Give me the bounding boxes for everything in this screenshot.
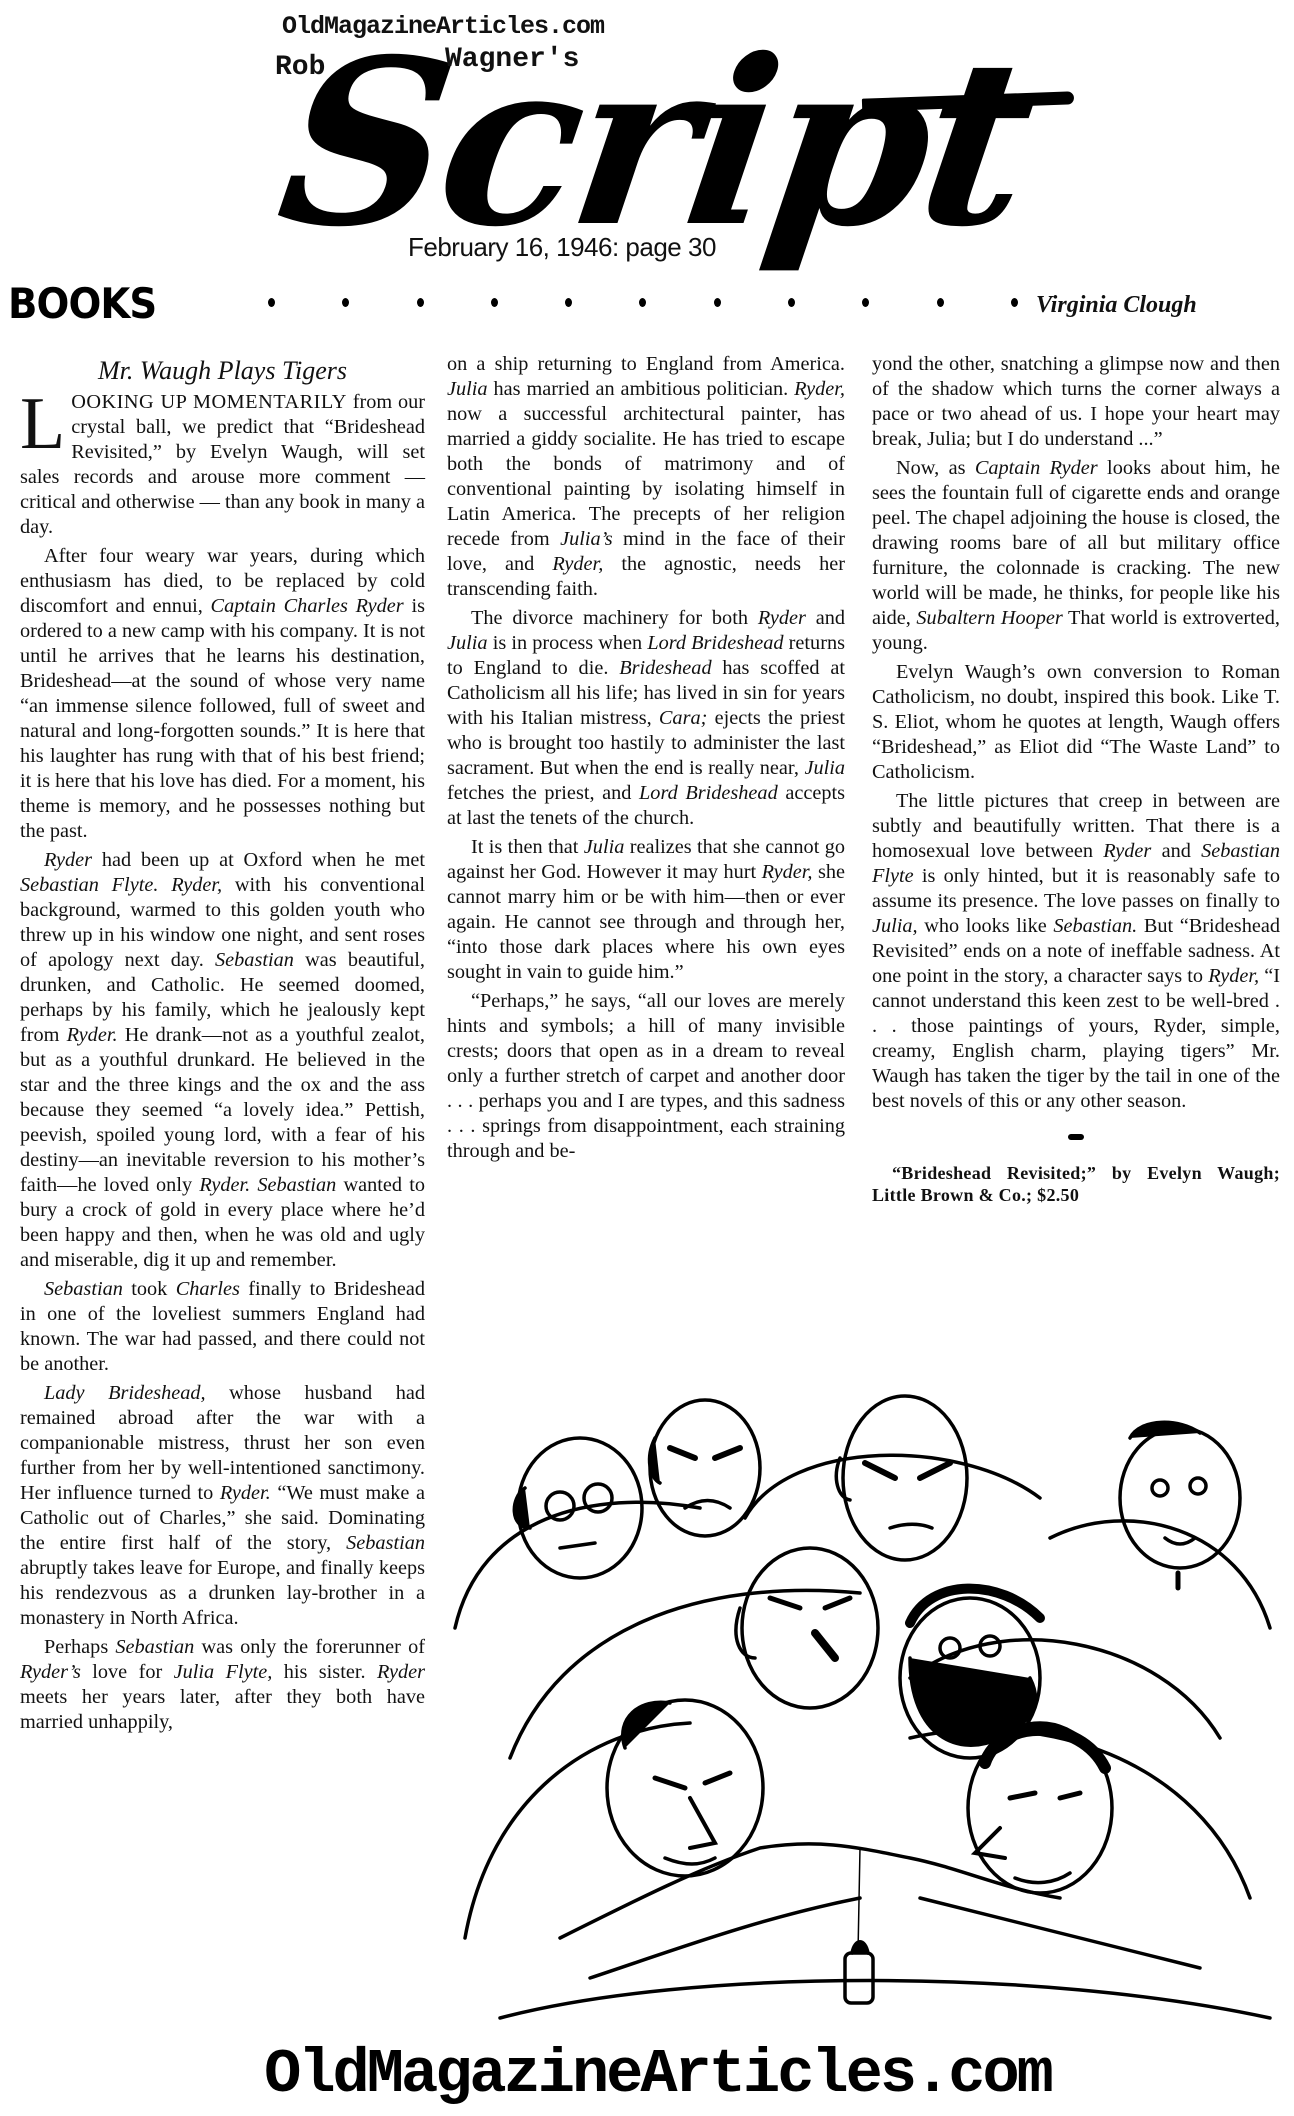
- leader-dot: [639, 298, 646, 307]
- italic-name: Ryder: [377, 1661, 425, 1683]
- italic-name: Ryder: [1103, 840, 1151, 862]
- drop-cap: L: [20, 393, 65, 455]
- text-run: his sister.: [272, 1661, 377, 1683]
- article-paragraph: “Perhaps,” he says, “all our loves are m…: [447, 989, 845, 1164]
- text-run: who looks like: [918, 915, 1054, 937]
- text-run: is ordered to a new camp with his compan…: [20, 595, 425, 842]
- leader-dot: [268, 298, 275, 307]
- head-scowling-man: [650, 1400, 760, 1536]
- text-run: The divorce machinery for both: [471, 607, 758, 629]
- italic-name: Sebastian: [115, 1636, 194, 1658]
- article-paragraph: Now, as Captain Ryder looks about him, h…: [872, 456, 1280, 656]
- article-paragraph: Ryder had been up at Oxford when he met …: [20, 848, 425, 1273]
- leader-dot: [937, 298, 944, 307]
- head-bald-frowning-man: [836, 1396, 967, 1560]
- text-run: looks about him, he sees the fountain fu…: [872, 457, 1280, 629]
- italic-name: Sebastian: [346, 1532, 425, 1554]
- publication-prefix-wagners: Wagner's: [445, 44, 579, 75]
- leader-dot: [862, 298, 869, 307]
- head-mustache-man: [736, 1548, 878, 1708]
- article-column-3: yond the other, snatching a glimpse now …: [872, 352, 1280, 1206]
- leader-dot: [565, 298, 572, 307]
- article-paragraph: It is then that Julia realizes that she …: [447, 835, 845, 985]
- column-3-paragraphs: yond the other, snatching a glimpse now …: [872, 352, 1280, 1114]
- italic-name: Ryder,: [552, 553, 603, 575]
- lead-smallcaps: OOKING UP MOMENTARILY: [71, 391, 347, 413]
- article-paragraph: After four weary war years, during which…: [20, 544, 425, 844]
- italic-name: Ryder’s: [20, 1661, 81, 1683]
- italic-name: Ryder: [44, 849, 92, 871]
- article-column-2: on a ship returning to England from Amer…: [447, 352, 845, 1164]
- italic-name: Julia: [447, 378, 488, 400]
- text-run: has married an ambitious politician.: [488, 378, 795, 400]
- text-run: Perhaps: [44, 1636, 115, 1658]
- dateline: February 16, 1946: page 30: [408, 232, 716, 263]
- text-run: had been up at Oxford when he met: [92, 849, 425, 871]
- text-run: on a ship returning to England from Amer…: [447, 353, 845, 375]
- book-details-caption: “Brideshead Revisited;” by Evelyn Waugh;…: [872, 1162, 1280, 1206]
- article-paragraph: Lady Brideshead, whose husband had remai…: [20, 1381, 425, 1631]
- text-run: It is then that: [471, 836, 584, 858]
- site-watermark-top: OldMagazineArticles.com: [282, 12, 604, 41]
- italic-name: Captain Ryder: [975, 457, 1098, 479]
- leader-dot: [342, 298, 349, 307]
- italic-name: Brideshead: [619, 657, 711, 679]
- text-run: He drank—not as a youthful zealot, but a…: [20, 1024, 425, 1196]
- column-1-paragraphs: After four weary war years, during which…: [20, 544, 425, 1735]
- italic-name: Ryder,: [794, 378, 845, 400]
- lead-paragraph: LOOKING UP MOMENTARILY from our crystal …: [20, 390, 425, 540]
- text-run: abruptly takes leave for Europe, and fin…: [20, 1557, 425, 1629]
- italic-name: Sebastian: [44, 1278, 123, 1300]
- text-run: from our crystal ball, we predict that “…: [20, 391, 425, 538]
- article-paragraph: yond the other, snatching a glimpse now …: [872, 352, 1280, 452]
- text-run: fetches the priest, and: [447, 782, 639, 804]
- text-run: is only hinted, but it is reasonably saf…: [872, 865, 1280, 912]
- leader-dot: [714, 298, 721, 307]
- italic-name: Julia: [447, 632, 488, 654]
- leader-dot: [1011, 298, 1018, 307]
- head-front-left-man: [607, 1700, 763, 1876]
- article-title: Mr. Waugh Plays Tigers: [20, 356, 425, 386]
- text-run: “Perhaps,” he says, “all our loves are m…: [447, 990, 845, 1162]
- italic-name: Lady Brideshead,: [44, 1382, 206, 1404]
- publication-logo-script: Script: [269, 28, 1040, 258]
- italic-name: Charles: [176, 1278, 240, 1300]
- lead-paragraph-text: from our crystal ball, we predict that “…: [20, 391, 425, 538]
- article-paragraph: Sebastian took Charles finally to Brides…: [20, 1277, 425, 1377]
- text-run: and: [806, 607, 845, 629]
- article-column-1: Mr. Waugh Plays Tigers LOOKING UP MOMENT…: [20, 352, 425, 1735]
- text-run: is in process when: [488, 632, 648, 654]
- italic-name: Sebastian.: [1053, 915, 1137, 937]
- italic-name: Julia,: [872, 915, 918, 937]
- end-of-article-mark: [1068, 1134, 1084, 1140]
- italic-name: Ryder,: [762, 861, 813, 883]
- publication-prefix-rob: Rob: [275, 52, 325, 83]
- italic-name: Julia Flyte,: [174, 1661, 273, 1683]
- article-paragraph: The little pictures that creep in betwee…: [872, 789, 1280, 1114]
- leader-dot: [491, 298, 498, 307]
- italic-name: Lord Brideshead: [647, 632, 783, 654]
- caricature-illustration: [440, 1378, 1290, 2038]
- italic-name: Julia: [804, 757, 845, 779]
- italic-name: Sebastian Flyte. Ryder,: [20, 874, 222, 896]
- italic-name: Lord Brideshead: [639, 782, 778, 804]
- italic-name: Ryder.: [67, 1024, 118, 1046]
- article-paragraph: Evelyn Waugh’s own conversion to Roman C…: [872, 660, 1280, 785]
- text-run: Evelyn Waugh’s own conversion to Roman C…: [872, 661, 1280, 783]
- leader-dot: [788, 298, 795, 307]
- column-2-paragraphs: on a ship returning to England from Amer…: [447, 352, 845, 1164]
- leader-dots: [268, 298, 1018, 307]
- text-run: took: [123, 1278, 176, 1300]
- italic-name: Ryder: [758, 607, 806, 629]
- italic-name: Sebastian: [215, 949, 294, 971]
- italic-name: Captain Charles Ryder: [211, 595, 404, 617]
- head-front-right-man: [968, 1723, 1112, 1893]
- site-watermark-footer: OldMagazineArticles.com: [190, 2040, 1125, 2110]
- author-byline: Virginia Clough: [1036, 292, 1197, 319]
- text-run: love for: [81, 1661, 174, 1683]
- italic-name: Ryder.: [220, 1482, 271, 1504]
- leader-dot: [417, 298, 424, 307]
- section-title: BOOKS: [8, 279, 156, 328]
- article-paragraph: on a ship returning to England from Amer…: [447, 352, 845, 602]
- text-run: yond the other, snatching a glimpse now …: [872, 353, 1280, 450]
- article-paragraph: The divorce machinery for both Ryder and…: [447, 606, 845, 831]
- italic-name: Julia: [584, 836, 625, 858]
- italic-name: Subaltern Hooper: [916, 607, 1062, 629]
- italic-name: Ryder. Sebastian: [199, 1174, 336, 1196]
- italic-name: Julia’s: [560, 528, 613, 550]
- text-run: was only the forerunner of: [194, 1636, 425, 1658]
- italic-name: Ryder,: [1208, 965, 1259, 987]
- article-paragraph: Perhaps Sebastian was only the forerunne…: [20, 1635, 425, 1735]
- text-run: “I cannot understand this keen zest to b…: [872, 965, 1280, 1112]
- italic-name: Cara;: [659, 707, 707, 729]
- text-run: Now, as: [896, 457, 975, 479]
- text-run: and: [1151, 840, 1201, 862]
- head-worried-man: [1120, 1422, 1240, 1588]
- text-run: meets her years later, after they both h…: [20, 1686, 425, 1733]
